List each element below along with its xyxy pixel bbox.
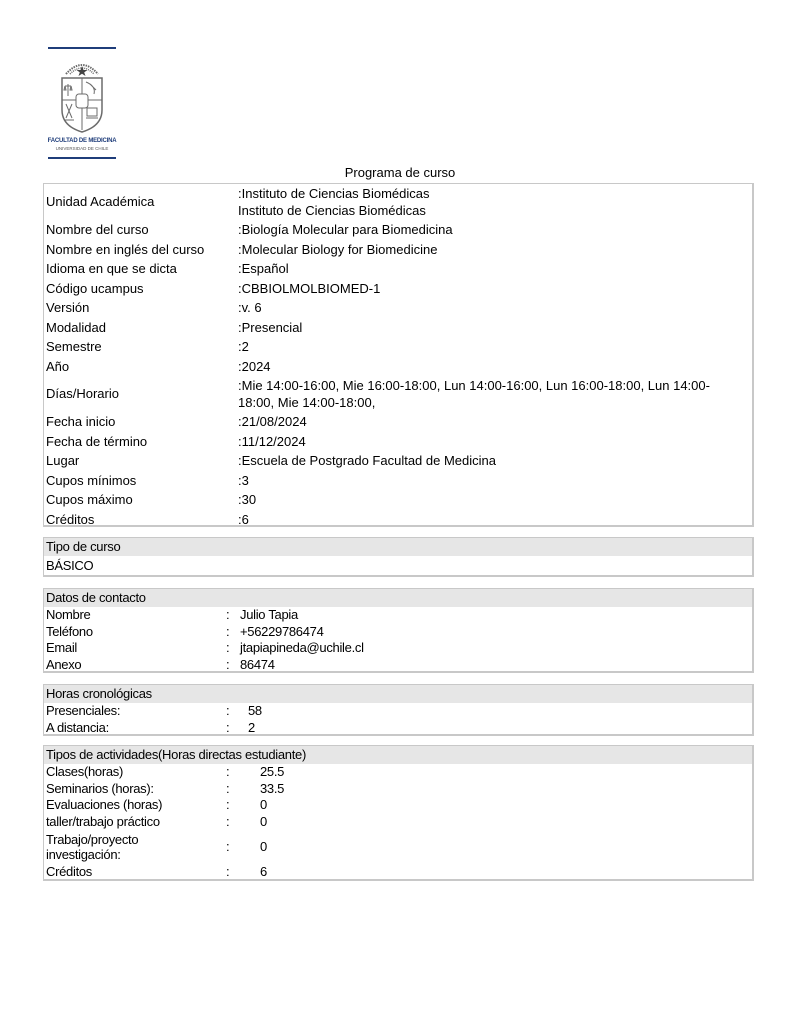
actividad-row-creditos: Créditos : 6	[44, 864, 752, 881]
field-value: :Biología Molecular para Biomedicina	[238, 220, 752, 240]
field-value: 2	[240, 720, 752, 737]
contact-row-anexo: Anexo : 86474	[44, 657, 752, 674]
field-label: Idioma en que se dicta	[44, 259, 238, 279]
logo-bottom-rule	[48, 157, 116, 159]
section-header: Tipos de actividades(Horas directas estu…	[44, 746, 752, 764]
separator: :	[226, 781, 240, 798]
row-fecha-termino: Fecha de término :11/12/2024	[44, 432, 752, 452]
separator: :	[226, 607, 240, 624]
field-value: :CBBIOLMOLBIOMED-1	[238, 279, 752, 299]
field-value: :3	[238, 471, 752, 491]
field-label: Semestre	[44, 337, 238, 357]
logo-faculty-name: FACULTAD DE MEDICINA	[44, 138, 120, 144]
row-cupos-maximo: Cupos máximo :30	[44, 490, 752, 510]
row-lugar: Lugar :Escuela de Postgrado Facultad de …	[44, 451, 752, 471]
field-value: :2	[238, 337, 752, 357]
field-label: Presenciales:	[44, 703, 226, 720]
field-value: :Instituto de Ciencias BiomédicasInstitu…	[238, 184, 752, 220]
field-label: Código ucampus	[44, 279, 238, 299]
field-label: Nombre en inglés del curso	[44, 240, 238, 260]
section-datos-contacto: Datos de contacto Nombre : Julio Tapia T…	[43, 588, 754, 673]
field-value: 0	[240, 839, 752, 855]
row-nombre-ingles: Nombre en inglés del curso :Molecular Bi…	[44, 240, 752, 260]
separator: :	[226, 720, 240, 737]
row-dias-horario: Días/Horario :Mie 14:00-16:00, Mie 16:00…	[44, 376, 752, 412]
horas-row-presenciales: Presenciales: : 58	[44, 703, 752, 720]
logo-university-name: UNIVERSIDAD DE CHILE	[44, 146, 120, 151]
row-codigo: Código ucampus :CBBIOLMOLBIOMED-1	[44, 279, 752, 299]
separator: :	[226, 624, 240, 641]
field-label: Modalidad	[44, 318, 238, 338]
field-value: :21/08/2024	[238, 412, 752, 432]
row-version: Versión :v. 6	[44, 298, 752, 318]
course-general-info: Unidad Académica :Instituto de Ciencias …	[43, 183, 754, 527]
separator: :	[226, 764, 240, 781]
actividad-row-proyecto: Trabajo/proyecto investigación: : 0	[44, 830, 752, 864]
field-label: Nombre	[44, 607, 226, 624]
field-label: Evaluaciones (horas)	[44, 797, 226, 814]
section-header: Tipo de curso	[44, 538, 752, 556]
field-label: Días/Horario	[44, 376, 238, 412]
field-value: :30	[238, 490, 752, 510]
actividad-row-taller: taller/trabajo práctico : 0	[44, 814, 752, 831]
field-label: Trabajo/proyecto investigación:	[44, 832, 186, 862]
section-horas-cronologicas: Horas cronológicas Presenciales: : 58 A …	[43, 684, 754, 736]
field-label: Anexo	[44, 657, 226, 674]
contact-row-nombre: Nombre : Julio Tapia	[44, 607, 752, 624]
separator: :	[226, 797, 240, 814]
field-label: Créditos	[44, 510, 238, 530]
field-label: Versión	[44, 298, 238, 318]
field-label: Cupos máximo	[44, 490, 238, 510]
field-value: Julio Tapia	[240, 607, 752, 624]
field-value: 58	[240, 703, 752, 720]
actividad-row-seminarios: Seminarios (horas): : 33.5	[44, 781, 752, 798]
actividad-row-clases: Clases(horas) : 25.5	[44, 764, 752, 781]
row-creditos: Créditos :6	[44, 510, 752, 530]
separator: :	[226, 839, 240, 855]
field-label: Nombre del curso	[44, 220, 238, 240]
field-value: 0	[240, 797, 752, 814]
field-label: taller/trabajo práctico	[44, 814, 226, 831]
field-value: 0	[240, 814, 752, 831]
field-label: A distancia:	[44, 720, 226, 737]
field-label: Unidad Académica	[44, 184, 238, 220]
field-label: Cupos mínimos	[44, 471, 238, 491]
field-value: 6	[240, 864, 752, 881]
row-semestre: Semestre :2	[44, 337, 752, 357]
unidad-line2: Instituto de Ciencias Biomédicas	[238, 203, 426, 218]
field-value: 25.5	[240, 764, 752, 781]
field-value: :Presencial	[238, 318, 752, 338]
separator: :	[226, 657, 240, 674]
contact-row-telefono: Teléfono : +56229786474	[44, 624, 752, 641]
separator: :	[226, 640, 240, 657]
separator: :	[226, 703, 240, 720]
field-label: Fecha de término	[44, 432, 238, 452]
faculty-logo: FACULTAD DE MEDICINA UNIVERSIDAD DE CHIL…	[44, 44, 120, 162]
separator: :	[226, 814, 240, 831]
section-tipo-curso: Tipo de curso BÁSICO	[43, 537, 754, 577]
row-idioma: Idioma en que se dicta :Español	[44, 259, 752, 279]
field-value: :11/12/2024	[238, 432, 752, 452]
field-value: :2024	[238, 357, 752, 377]
section-header: Horas cronológicas	[44, 685, 752, 703]
field-label: Lugar	[44, 451, 238, 471]
row-modalidad: Modalidad :Presencial	[44, 318, 752, 338]
row-anio: Año :2024	[44, 357, 752, 377]
section-header: Datos de contacto	[44, 589, 752, 607]
field-value: :v. 6	[238, 298, 752, 318]
field-value: :Español	[238, 259, 752, 279]
field-value: +56229786474	[240, 624, 752, 641]
contact-row-email: Email : jtapiapineda@uchile.cl	[44, 640, 752, 657]
section-tipos-actividades: Tipos de actividades(Horas directas estu…	[43, 745, 754, 881]
horas-row-distancia: A distancia: : 2	[44, 720, 752, 737]
field-label: Seminarios (horas):	[44, 781, 226, 798]
field-label: Email	[44, 640, 226, 657]
university-crest-icon	[56, 54, 108, 134]
field-value: 86474	[240, 657, 752, 674]
row-nombre-curso: Nombre del curso :Biología Molecular par…	[44, 220, 752, 240]
field-label: Clases(horas)	[44, 764, 226, 781]
document-title: Programa de curso	[0, 165, 800, 180]
field-label: Créditos	[44, 864, 226, 881]
logo-top-rule	[48, 47, 116, 49]
field-label: Año	[44, 357, 238, 377]
field-value: :6	[238, 510, 752, 530]
field-label: Fecha inicio	[44, 412, 238, 432]
field-value: :Mie 14:00-16:00, Mie 16:00-18:00, Lun 1…	[238, 376, 752, 412]
field-value: 33.5	[240, 781, 752, 798]
field-value: :Escuela de Postgrado Facultad de Medici…	[238, 451, 752, 471]
row-unidad-academica: Unidad Académica :Instituto de Ciencias …	[44, 184, 752, 220]
row-cupos-minimos: Cupos mínimos :3	[44, 471, 752, 491]
tipo-curso-value: BÁSICO	[44, 556, 752, 576]
separator: :	[226, 864, 240, 881]
email-value: jtapiapineda@uchile.cl	[240, 640, 752, 657]
actividad-row-evaluaciones: Evaluaciones (horas) : 0	[44, 797, 752, 814]
field-value: :Molecular Biology for Biomedicine	[238, 240, 752, 260]
field-label: Teléfono	[44, 624, 226, 641]
row-fecha-inicio: Fecha inicio :21/08/2024	[44, 412, 752, 432]
unidad-line1: :Instituto de Ciencias Biomédicas	[238, 186, 429, 201]
